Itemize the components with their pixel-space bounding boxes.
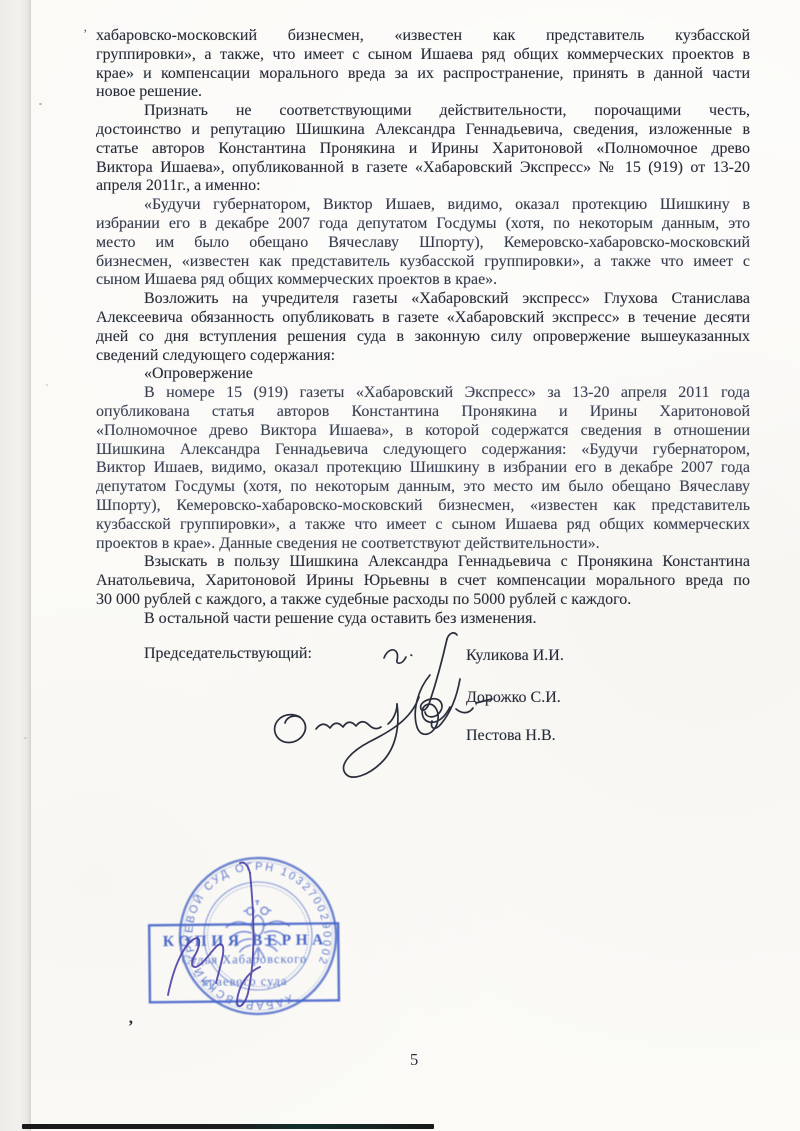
- paragraph: «Опровержение: [96, 365, 750, 384]
- text-line: Анатольевича, Харитоновой Ирины Юрьевны …: [96, 572, 750, 591]
- page-number: 5: [410, 1050, 418, 1070]
- text-line: избрании его в декабре 2007 года депутат…: [96, 215, 750, 234]
- stamp-signature-ink: [138, 845, 368, 1025]
- text-line: депутатом Госдумы (хотя, по некоторым да…: [96, 478, 750, 497]
- signature-pestova-ink: [275, 697, 419, 777]
- paragraph: Возложить на учредителя газеты «Хабаровс…: [96, 290, 750, 365]
- text-line: 30 000 рублей с каждого, а также судебны…: [96, 591, 750, 610]
- paragraph: «Будучи губернатором, Виктор Ишаев, види…: [96, 196, 750, 290]
- scanner-edge-shadow: [0, 0, 31, 1131]
- text-line: достоинство и репутацию Шишкина Александ…: [96, 121, 750, 140]
- text-line: Алексеевича обязанность опубликовать в г…: [96, 309, 750, 328]
- text-line: проектов в крае». Данные сведения не соо…: [96, 535, 750, 554]
- text-line: апреля 2011г., а именно:: [96, 177, 750, 196]
- text-line: сведений следующего содержания:: [96, 347, 750, 366]
- scanned-court-document-page: ’ ‚ хабаровско-московский бизнесмен, «из…: [0, 0, 800, 1131]
- paragraph: Взыскать в пользу Шишкина Александра Ген…: [96, 553, 750, 609]
- scan-artifact-strip: [22, 1124, 434, 1129]
- text-line: Взыскать в пользу Шишкина Александра Ген…: [96, 553, 750, 572]
- text-line: Возложить на учредителя газеты «Хабаровс…: [96, 290, 750, 309]
- text-line: Шишкина Александра Геннадьевича следующе…: [96, 441, 750, 460]
- text-line: крае» и компенсации морального вреда за …: [96, 65, 750, 84]
- scan-speck: [24, 737, 27, 739]
- text-line: «Опровержение: [96, 365, 750, 384]
- text-line: новое решение.: [96, 83, 750, 102]
- text-line: Шпорту), Кемеровско-хабаровско-московски…: [96, 497, 750, 516]
- text-line: место им было обещано Вячеславу Шпорту),…: [96, 234, 750, 253]
- paragraph: В номере 15 (919) газеты «Хабаровский Эк…: [96, 384, 750, 553]
- text-line: статье авторов Константина Пронякина и И…: [96, 140, 750, 159]
- paragraph: Признать не соответствующими действитель…: [96, 102, 750, 196]
- text-line: В номере 15 (919) газеты «Хабаровский Эк…: [96, 384, 750, 403]
- paragraph: хабаровско-московский бизнесмен, «извест…: [96, 27, 750, 102]
- text-line: «Полномочное древо Виктора Ишаева», в ко…: [96, 422, 750, 441]
- scan-speck: [46, 384, 48, 386]
- text-line: сыном Ишаева ряд общих коммерческих прое…: [96, 271, 750, 290]
- text-line: дней со дня вступления решения суда в за…: [96, 328, 750, 347]
- document-body: хабаровско-московский бизнесмен, «извест…: [96, 27, 750, 629]
- text-line: Признать не соответствующими действитель…: [96, 102, 750, 121]
- stray-ink-mark-top: ’: [83, 26, 87, 42]
- text-line: опубликована статья авторов Константина …: [96, 403, 750, 422]
- text-line: группировки», а также, что имеет с сыном…: [96, 46, 750, 65]
- text-line: «Будучи губернатором, Виктор Ишаев, види…: [96, 196, 750, 215]
- text-line: бизнесмен, «известен как представитель к…: [96, 253, 750, 272]
- signature-dorozhko-ink: [415, 675, 492, 734]
- text-line: хабаровско-московский бизнесмен, «извест…: [96, 27, 750, 46]
- stray-ink-mark-bottom: ‚: [128, 1008, 134, 1028]
- text-line: Виктора Ишаева», опубликованной в газете…: [96, 159, 750, 178]
- text-line: Виктор Ишаев, видимо, оказал протекцию Ш…: [96, 459, 750, 478]
- text-line: кузбасской группировки», а также что име…: [96, 516, 750, 535]
- scan-speck: [39, 103, 42, 105]
- signature-kulikova-ink: [384, 633, 457, 717]
- handwritten-signatures-ink: [260, 625, 500, 800]
